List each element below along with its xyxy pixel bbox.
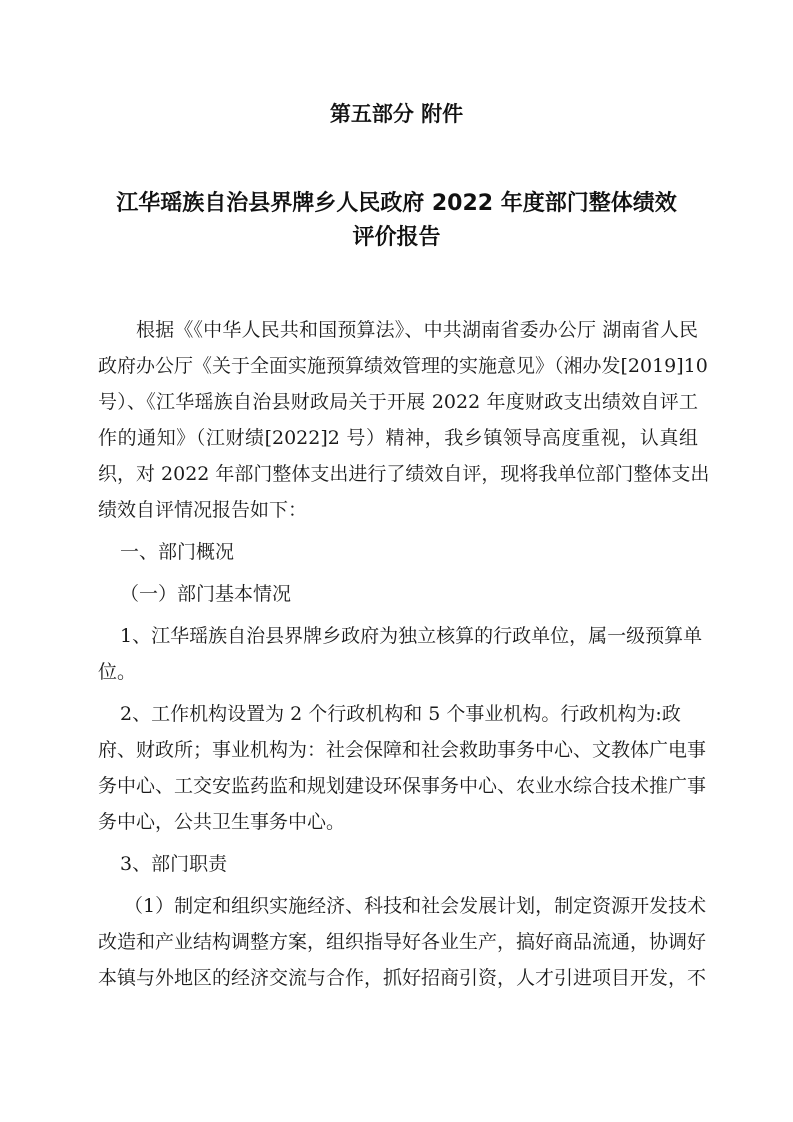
item-line: 务中心、工交安监药监和规划建设环保事务中心、农业水综合技术推广事 [98, 774, 698, 798]
item-line: 2、工作机构设置为 2 个行政机构和 5 个事业机构。行政机构为:政 [120, 702, 681, 726]
item-line: 务中心，公共卫生事务中心。 [98, 810, 345, 834]
duty-line: （1）制定和组织实施经济、科技和社会发展计划，制定资源开发技术 [124, 894, 698, 918]
intro-line: 号）、《江华瑶族自治县财政局关于开展 2022 年度财政支出绩效自评工 [98, 390, 698, 414]
intro-line: 织，对 2022 年部门整体支出进行了绩效自评，现将我单位部门整体支出 [98, 462, 698, 486]
report-title-line-2: 评价报告 [0, 224, 793, 252]
item-3-heading: 3、部门职责 [120, 852, 227, 876]
duty-line: 本镇与外地区的经济交流与合作，抓好招商引资，人才引进项目开发，不 [98, 966, 698, 990]
part-title: 第五部分 附件 [0, 100, 793, 128]
intro-line: 绩效自评情况报告如下： [98, 498, 307, 522]
intro-line: 根据《《中华人民共和国预算法》、中共湖南省委办公厅 湖南省人民 [136, 318, 698, 342]
item-line: 府、财政所；事业机构为：社会保障和社会救助事务中心、文教体广电事 [98, 738, 698, 762]
intro-line: 作的通知》（江财绩[2022]2 号）精神，我乡镇领导高度重视，认真组 [98, 426, 698, 450]
report-title-line-1: 江华瑶族自治县界牌乡人民政府 2022 年度部门整体绩效 [0, 190, 793, 218]
item-line: 位。 [98, 660, 136, 684]
document-page: 第五部分 附件 江华瑶族自治县界牌乡人民政府 2022 年度部门整体绩效 评价报… [0, 0, 793, 1122]
intro-line: 政府办公厅《关于全面实施预算绩效管理的实施意见》（湘办发[2019]10 [98, 354, 698, 378]
subsection-heading: （一）部门基本情况 [120, 582, 291, 606]
item-line: 1、江华瑶族自治县界牌乡政府为独立核算的行政单位，属一级预算单 [120, 624, 698, 648]
duty-line: 改造和产业结构调整方案，组织指导好各业生产，搞好商品流通，协调好 [98, 930, 698, 954]
section-heading: 一、部门概况 [120, 540, 234, 564]
